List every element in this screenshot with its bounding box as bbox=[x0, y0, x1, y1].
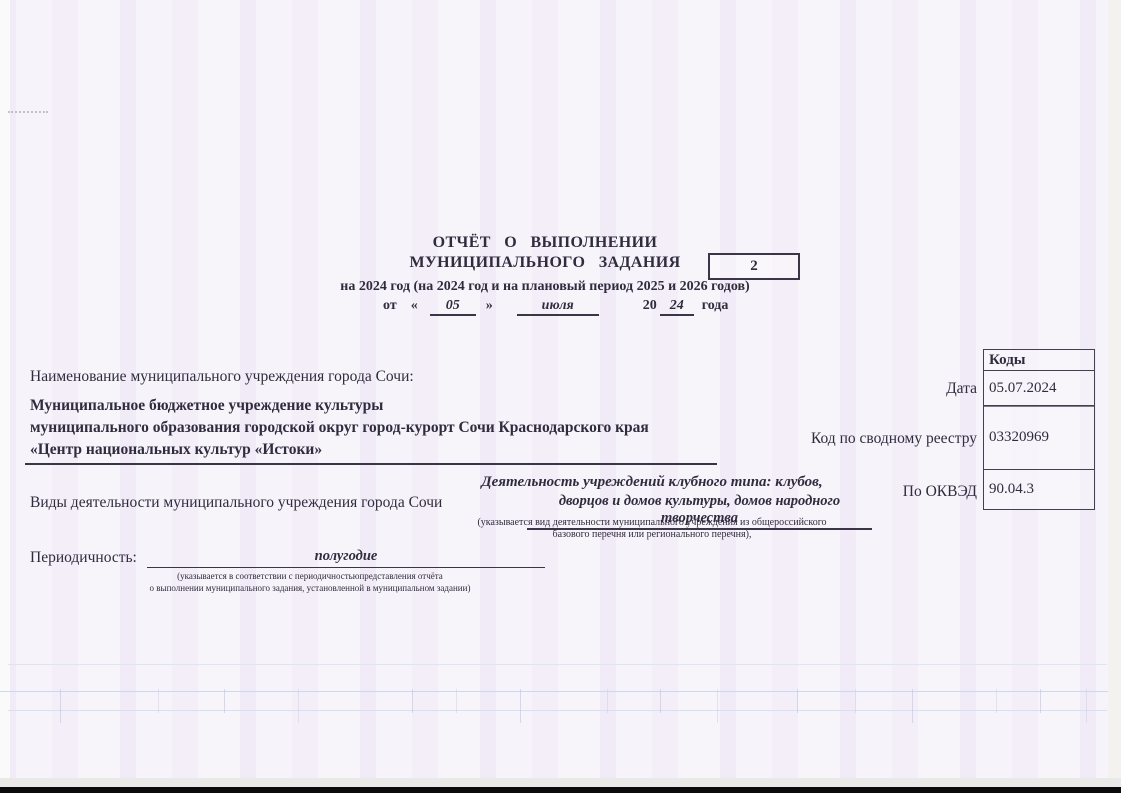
report-subtitle: на 2024 год (на 2024 год и на плановый п… bbox=[0, 279, 1090, 295]
bleedthrough-tick bbox=[855, 689, 856, 713]
codes-row-label-date: Дата bbox=[946, 380, 977, 398]
organization-name-underline bbox=[25, 463, 717, 465]
codes-row-label-okved: По ОКВЭД bbox=[903, 483, 977, 501]
date-year-prefix: 20 bbox=[643, 298, 657, 314]
bleedthrough-tick bbox=[158, 689, 159, 713]
report-date-line: от « 05 » июля 20 24 года bbox=[383, 298, 728, 316]
scan-right-edge bbox=[1108, 0, 1121, 793]
bleedthrough-tick bbox=[607, 689, 608, 713]
scanned-report-page: ОТЧЁТ О ВЫПОЛНЕНИИ МУНИЦИПАЛЬНОГО ЗАДАНИ… bbox=[0, 0, 1121, 793]
bleedthrough-tick bbox=[412, 689, 413, 713]
date-year-word: года bbox=[702, 298, 729, 314]
pencil-mark-artifact bbox=[8, 111, 48, 118]
periodicity-footnote-line1: (указывается в соответствии с периодично… bbox=[60, 571, 560, 583]
periodicity-value: полугодие bbox=[147, 548, 545, 568]
periodicity-footnote-line2: о выполнении муниципального задания, уст… bbox=[60, 583, 560, 595]
bleedthrough-tick bbox=[224, 689, 225, 713]
organization-name-line3: «Центр национальных культур «Истоки» bbox=[30, 441, 322, 459]
report-title-line2: МУНИЦИПАЛЬНОГО ЗАДАНИЯ bbox=[0, 254, 1090, 272]
organization-name-line1: Муниципальное бюджетное учреждение культ… bbox=[30, 397, 383, 415]
bleedthrough-line-bottom bbox=[8, 710, 1107, 711]
date-open-quote: « bbox=[411, 298, 418, 314]
report-title-line1: ОТЧЁТ О ВЫПОЛНЕНИИ bbox=[0, 234, 1090, 252]
bleedthrough-line-middle bbox=[0, 691, 1108, 692]
bleedthrough-tick bbox=[717, 689, 718, 723]
date-close-quote: » bbox=[486, 298, 493, 314]
periodicity-footnote: (указывается в соответствии с периодично… bbox=[60, 571, 560, 594]
bleedthrough-tick bbox=[912, 689, 913, 723]
bleedthrough-tick bbox=[520, 689, 521, 723]
codes-value-registry: 03320969 bbox=[983, 405, 1095, 470]
scan-left-edge bbox=[0, 0, 10, 793]
codes-value-okved: 90.04.3 bbox=[983, 469, 1095, 510]
scan-bottom-black-bar bbox=[0, 787, 1121, 793]
date-prefix: от bbox=[383, 298, 397, 314]
activity-footnote: (указывается вид деятельности муниципаль… bbox=[417, 517, 887, 541]
activity-value-line1: Деятельность учреждений клубного типа: к… bbox=[417, 474, 887, 491]
codes-row-label-registry: Код по сводному реестру bbox=[811, 430, 977, 448]
organization-name-line2: муниципального образования городской окр… bbox=[30, 419, 649, 437]
form-number-value: 2 bbox=[750, 258, 758, 275]
codes-value-date: 05.07.2024 bbox=[983, 370, 1095, 407]
organization-name-label: Наименование муниципального учреждения г… bbox=[30, 368, 414, 386]
bleedthrough-tick bbox=[60, 689, 61, 723]
date-month-value: июля bbox=[517, 298, 599, 316]
periodicity-label: Периодичность: bbox=[30, 549, 137, 567]
bleedthrough-tick bbox=[996, 689, 997, 713]
bleedthrough-tick bbox=[797, 689, 798, 713]
activity-footnote-line1: (указывается вид деятельности муниципаль… bbox=[417, 517, 887, 529]
codes-table: Коды 05.07.2024 03320969 90.04.3 bbox=[983, 349, 1095, 510]
bleedthrough-tick bbox=[298, 689, 299, 723]
bleedthrough-line-top bbox=[8, 664, 1107, 665]
bleedthrough-tick bbox=[1040, 689, 1041, 713]
form-number-box: 2 bbox=[708, 253, 800, 280]
activity-label: Виды деятельности муниципального учрежде… bbox=[30, 494, 442, 512]
date-day-value: 05 bbox=[430, 298, 476, 316]
codes-table-header: Коды bbox=[983, 349, 1095, 371]
bleedthrough-tick bbox=[456, 689, 457, 713]
bleedthrough-tick bbox=[1086, 689, 1087, 723]
date-year-value: 24 bbox=[660, 298, 694, 316]
activity-footnote-line2: базового перечня или регионального переч… bbox=[417, 529, 887, 541]
scan-bottom-gray-strip bbox=[0, 778, 1121, 787]
bleedthrough-tick bbox=[660, 689, 661, 713]
